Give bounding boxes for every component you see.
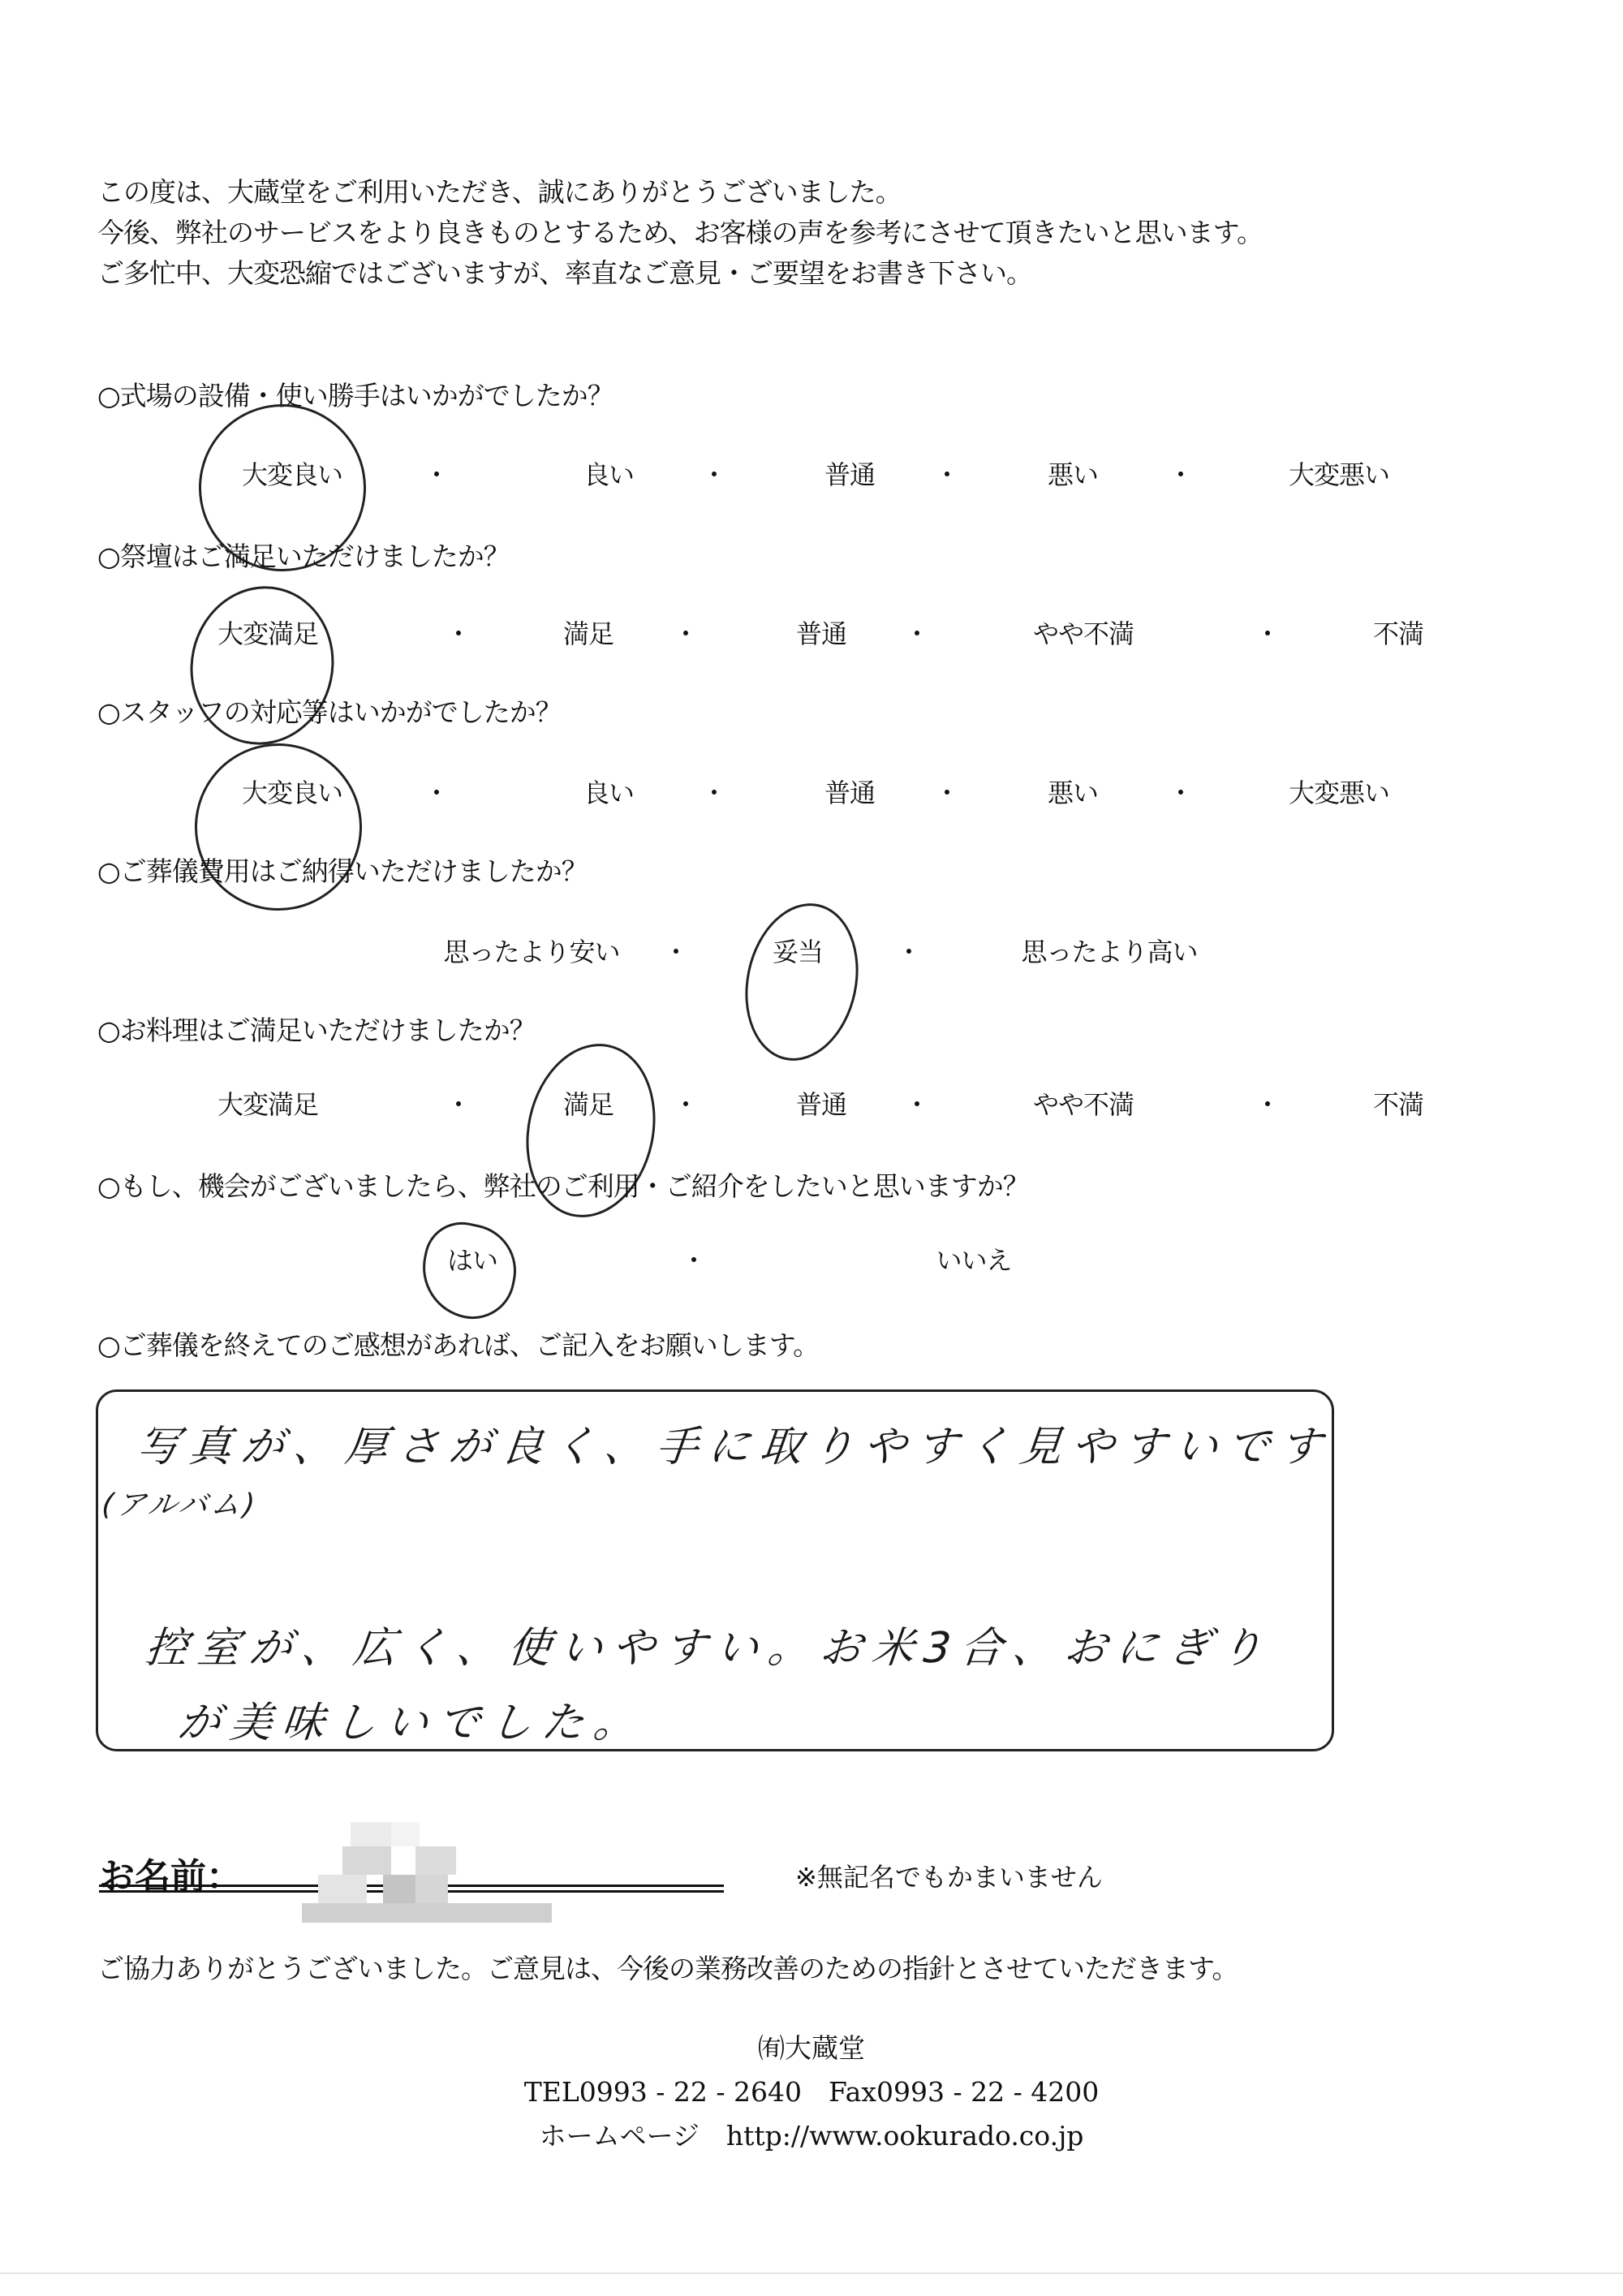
option-cheaper-than-expected[interactable]: 思ったより安い: [443, 932, 619, 969]
redacted-name: [302, 1822, 552, 1897]
separator: ・: [1255, 614, 1281, 651]
intro-text: この度は、大蔵堂をご利用いただき、誠にありがとうございました。 今後、弊社のサー…: [97, 172, 1263, 294]
separator: ・: [904, 1084, 930, 1122]
selection-circle: [179, 728, 377, 926]
option-very-good[interactable]: 大変良い: [242, 454, 342, 492]
option-somewhat-dissatisfied[interactable]: やや不満: [1033, 614, 1134, 651]
option-dissatisfied[interactable]: 不満: [1373, 1084, 1423, 1122]
separator: ・: [701, 454, 727, 492]
separator: ・: [904, 614, 930, 651]
option-very-good[interactable]: 大変良い: [242, 773, 342, 810]
intro-line-1: この度は、大蔵堂をご利用いただき、誠にありがとうございました。: [97, 172, 1263, 213]
option-average[interactable]: 普通: [824, 773, 875, 810]
selection-circle: [176, 573, 349, 758]
intro-line-3: ご多忙中、大変恐縮ではございますが、率直なご意見・ご要望をお書き下さい。: [97, 253, 1263, 294]
option-average[interactable]: 普通: [824, 454, 875, 492]
selection-circle: [731, 893, 872, 1071]
handwritten-comment-line-3: 控室が、広く、使いやすい。お米3合、おにぎり: [143, 1613, 1276, 1674]
separator: ・: [934, 454, 960, 492]
question-cost: ○ご葬儀費用はご納得いただけましたか？: [97, 851, 588, 889]
question-recommend: ○もし、機会がございましたら、弊社のご利用・ご紹介をしたいと思いますか？: [97, 1165, 1029, 1204]
option-bad[interactable]: 悪い: [1048, 773, 1098, 810]
intro-line-2: 今後、弊社のサービスをより良きものとするため、お客様の声を参考にさせて頂きたいと…: [97, 213, 1263, 253]
question-facility: ○式場の設備・使い勝手はいかがでしたか？: [97, 375, 613, 413]
separator: ・: [1168, 454, 1194, 492]
separator: ・: [663, 932, 689, 969]
option-good[interactable]: 良い: [583, 454, 634, 492]
question-altar: ○祭壇はご満足いただけましたか？: [97, 536, 510, 574]
option-more-expensive-than-expected[interactable]: 思ったより高い: [1021, 932, 1197, 969]
option-satisfied[interactable]: 満足: [563, 1084, 613, 1122]
contact-info: TEL0993 - 22 - 2640 Fax0993 - 22 - 4200: [487, 2071, 1136, 2109]
option-somewhat-dissatisfied[interactable]: やや不満: [1033, 1084, 1134, 1122]
option-dissatisfied[interactable]: 不満: [1373, 614, 1423, 651]
separator: ・: [701, 773, 727, 810]
option-very-bad[interactable]: 大変悪い: [1289, 454, 1389, 492]
separator: ・: [896, 932, 922, 969]
company-name: ㈲大蔵堂: [487, 2027, 1136, 2066]
separator: ・: [681, 1240, 707, 1277]
separator: ・: [446, 1084, 471, 1122]
separator: ・: [1168, 773, 1194, 810]
separator: ・: [424, 773, 450, 810]
separator: ・: [934, 773, 960, 810]
handwritten-comment-line-4: が美味しいでした。: [175, 1688, 649, 1749]
separator: ・: [424, 454, 450, 492]
option-very-bad[interactable]: 大変悪い: [1289, 773, 1389, 810]
option-no[interactable]: いいえ: [936, 1240, 1011, 1277]
separator: ・: [1255, 1084, 1281, 1122]
question-comments: ○ご葬儀を終えてのご感想があれば、ご記入をお願いします。: [97, 1325, 819, 1363]
handwritten-comment-line-2: (アルバム): [100, 1482, 260, 1523]
option-reasonable[interactable]: 妥当: [773, 932, 823, 969]
option-average[interactable]: 普通: [796, 614, 846, 651]
question-staff: ○スタッフの対応等はいかがでしたか？: [97, 691, 562, 730]
option-satisfied[interactable]: 満足: [563, 614, 613, 651]
option-yes[interactable]: はい: [447, 1240, 497, 1277]
separator: ・: [673, 1084, 699, 1122]
anonymous-note: ※無記名でもかまいません: [795, 1857, 1103, 1894]
handwritten-comment-line-1: 写真が、厚さが良く、手に取りやすく見やすいです: [135, 1412, 1335, 1473]
question-food: ○お料理はご満足いただけましたか？: [97, 1010, 536, 1048]
option-good[interactable]: 良い: [583, 773, 634, 810]
thanks-message: ご協力ありがとうございました。ご意見は、今後の業務改善のための指針とさせていただ…: [97, 1948, 1238, 1986]
option-bad[interactable]: 悪い: [1048, 454, 1098, 492]
separator: ・: [673, 614, 699, 651]
option-very-satisfied[interactable]: 大変満足: [217, 1084, 318, 1122]
option-average[interactable]: 普通: [796, 1084, 846, 1122]
separator: ・: [446, 614, 471, 651]
homepage-link[interactable]: ホームページ http://www.ookurado.co.jp: [487, 2115, 1136, 2153]
scan-edge: [0, 2272, 1623, 2274]
option-very-satisfied[interactable]: 大変満足: [217, 614, 318, 651]
